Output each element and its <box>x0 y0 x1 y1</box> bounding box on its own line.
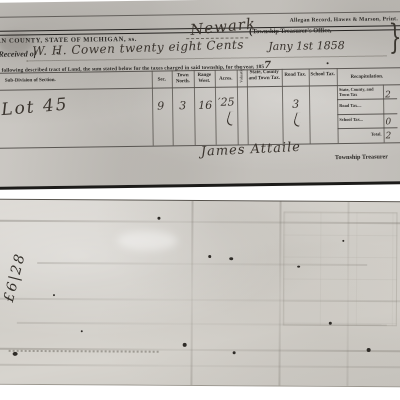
recap-label-state-county-town: State, County, and Town Tax <box>339 86 382 97</box>
paper-speck <box>327 62 329 64</box>
show-through-grid <box>283 212 398 327</box>
right-brace: } <box>388 17 400 57</box>
cell-school-tax: 3 <box>292 98 299 111</box>
header-acres: Acres. <box>215 76 237 82</box>
paper-speck <box>342 240 344 242</box>
paper-speck <box>81 330 83 332</box>
header-sec: Sec. <box>152 77 172 83</box>
recap-label-school-tax: School Tax... <box>339 116 382 122</box>
recap-label-total: Total. <box>340 131 382 137</box>
crease-line <box>0 364 400 368</box>
paper-speck <box>233 351 236 354</box>
header-town-north: Town North. <box>172 73 194 85</box>
recap-row-line <box>337 113 397 115</box>
header-valuation: Valuation <box>239 69 244 83</box>
township-name-handwritten: Newark <box>189 14 257 39</box>
office-label-text: Township Treasurer's Office, <box>252 27 331 35</box>
cell-range-west: 16 <box>198 99 212 112</box>
scanned-receipt-photo: Allegan Record, Hawes & Marson, Print. G… <box>0 0 400 400</box>
header-sub-division: Sub-Division of Section. <box>5 77 145 85</box>
header-range-west: Range West. <box>194 73 215 85</box>
paper-speck <box>53 294 55 296</box>
date-handwritten: Jany 1st 1858 <box>268 39 345 53</box>
table-column-line <box>309 68 311 143</box>
cell-sec: 9 <box>157 100 164 113</box>
paper-speck <box>13 352 18 356</box>
fold-line <box>278 201 281 385</box>
table-column-line <box>282 69 284 144</box>
recap-value-state-county-town: 2 <box>385 90 400 100</box>
pen-flourish <box>292 113 303 127</box>
header-road-tax: Road Tax. <box>283 72 308 78</box>
recap-value-total: 2 <box>386 131 400 141</box>
paper-speck <box>329 322 332 325</box>
paper-highlight <box>117 230 177 250</box>
recap-label-road-tax: Road Tax.... <box>339 102 382 108</box>
printer-credit: Allegan Record, Hawes & Marson, Print. <box>290 16 398 24</box>
header-recapitulation: Recapitulation. <box>338 74 396 81</box>
receipt-back: £6|28 <box>0 199 400 387</box>
treasurer-title-label: Township Treasurer <box>335 153 388 161</box>
paper-speck <box>297 266 300 268</box>
paper-speck <box>56 52 58 54</box>
recap-value-school-tax: 0 <box>385 117 400 127</box>
header-state-county-town-tax: State, County and Town Tax. <box>248 70 281 82</box>
paper-speck <box>229 257 233 260</box>
paper-speck <box>208 255 211 258</box>
cell-state-county-town-tax: ′25 <box>218 96 235 109</box>
paper-speck <box>157 217 160 220</box>
receipt-front: Allegan Record, Hawes & Marson, Print. G… <box>0 0 400 190</box>
header-school-tax: School Tax. <box>310 72 336 78</box>
pen-flourish <box>225 111 236 125</box>
paper-speck <box>367 348 371 352</box>
endorsement-handwritten: £6|28 <box>1 251 29 304</box>
faint-ink-marks <box>9 350 159 353</box>
fold-line <box>190 201 193 385</box>
cell-town-north: 3 <box>179 99 186 112</box>
recap-row-line <box>337 127 397 129</box>
office-label: (Township Treasurer's Office, <box>249 25 332 37</box>
paper-speck <box>183 343 187 347</box>
cell-sub-division: Lot 45 <box>0 95 69 121</box>
